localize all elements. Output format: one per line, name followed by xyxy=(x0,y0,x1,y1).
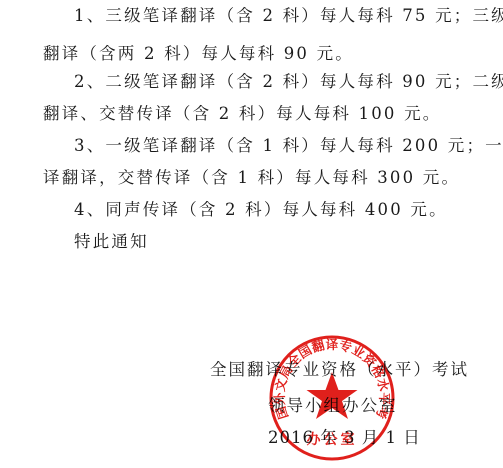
fee-item-3-line-1: 3、一级笔译翻译（含 1 科）每人每科 200 元；一级口 xyxy=(74,136,503,156)
fee-notice-document: 1、三级笔译翻译（含 2 科）每人每科 75 元；三级口译 翻译（含两 2 科）… xyxy=(0,0,503,468)
fee-item-1-line-1: 1、三级笔译翻译（含 2 科）每人每科 75 元；三级口译 xyxy=(74,6,503,26)
closing-text: 特此通知 xyxy=(74,232,149,252)
fee-item-3-line-2: 译翻译，交替传译（含 1 科）每人每科 300 元。 xyxy=(43,168,460,188)
fee-item-2-line-1: 2、二级笔译翻译（含 2 科）每人每科 90 元；二级口译 xyxy=(74,72,503,92)
signature-org-line-2: 领导小组办公室 xyxy=(268,396,398,416)
fee-item-1-line-2: 翻译（含两 2 科）每人每科 90 元。 xyxy=(43,44,354,64)
fee-item-2-line-2: 翻译、交替传译（含 2 科）每人每科 100 元。 xyxy=(43,104,441,124)
signature-date: 2016 年 3 月 1 日 xyxy=(268,428,421,448)
signature-org-line-1: 全国翻译专业资格（水平）考试 xyxy=(210,360,469,380)
fee-item-4-line-1: 4、同声传译（含 2 科）每人每科 400 元。 xyxy=(74,200,448,220)
